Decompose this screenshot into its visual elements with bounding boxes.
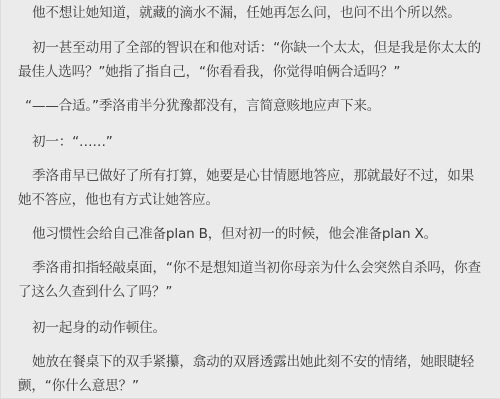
paragraph-6: 他习惯性会给自己准备plan B，但对初一的时候，他会准备plan X。 xyxy=(18,222,484,246)
paragraph-1: 他不想让她知道，就藏的滴水不漏，任她再怎么问，也问不出个所以然。 xyxy=(18,1,484,25)
paragraph-4: 初一：“……” xyxy=(18,130,484,154)
paragraph-2: 初一甚至动用了全部的智识在和他对话：“你缺一个太太，但是我是你太太的最佳人选吗？… xyxy=(18,36,484,84)
paragraph-8: 初一起身的动作顿住。 xyxy=(18,316,484,340)
paragraph-5: 季洛甫早已做好了所有打算，她要是心甘情愿地答应，那就最好不过，如果她不答应，他也… xyxy=(18,164,484,212)
paragraph-3: “——合适。”季洛甫半分犹豫都没有，言简意赅地应声下来。 xyxy=(18,94,484,118)
paragraph-7: 季洛甫扣指轻敲桌面，“你不是想知道当初你母亲为什么会突然自杀吗，你查了这么久查到… xyxy=(18,256,484,304)
paragraph-9: 她放在餐桌下的双手紧攥，翕动的双唇透露出她此刻不安的情绪，她眼睫轻颤，“你什么意… xyxy=(18,350,484,398)
reading-page: 他不想让她知道，就藏的滴水不漏，任她再怎么问，也问不出个所以然。 初一甚至动用了… xyxy=(0,0,500,399)
